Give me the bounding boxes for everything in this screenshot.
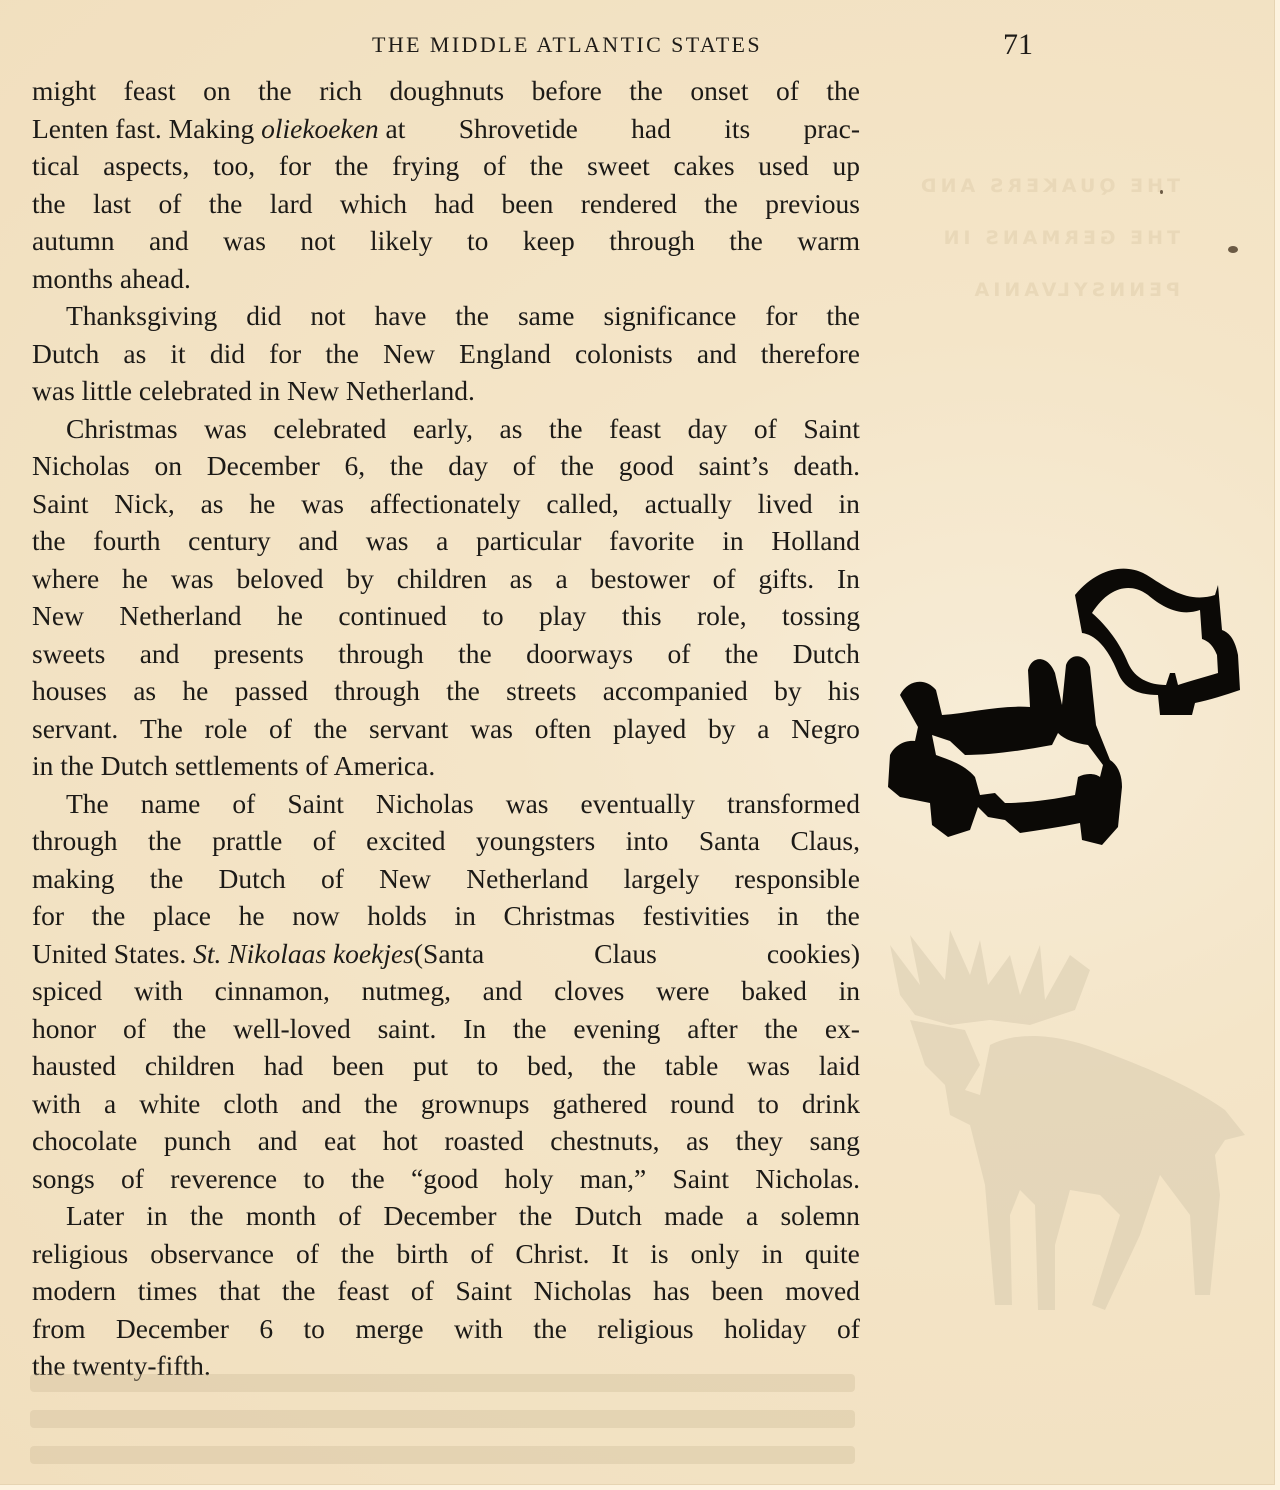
word: been	[711, 1272, 763, 1310]
word: religious	[597, 1310, 693, 1348]
word: the	[826, 897, 860, 935]
word: and	[697, 335, 737, 373]
word: feast	[124, 72, 176, 110]
word: servant.	[32, 710, 118, 748]
word: songs	[32, 1160, 95, 1198]
word: death.	[794, 447, 860, 485]
word: transformed	[727, 785, 860, 823]
word: by	[346, 560, 374, 598]
word: honor	[32, 1010, 96, 1048]
word: Saint	[672, 1160, 729, 1198]
word: often	[535, 710, 592, 748]
word: cloves	[554, 972, 624, 1010]
word: drink	[802, 1085, 860, 1123]
word: has	[653, 1272, 690, 1310]
word: Nicholas.	[755, 1160, 860, 1198]
word: a	[436, 522, 448, 560]
word: was	[366, 522, 409, 560]
word: The	[66, 785, 109, 823]
book-page: THE MIDDLE ATLANTIC STATES 71 THE QUAKER…	[0, 0, 1275, 1485]
text-fragment: United States.	[32, 935, 186, 973]
word: the	[364, 1085, 398, 1123]
word: now	[292, 897, 339, 935]
word: in	[839, 972, 860, 1010]
word: moved	[785, 1272, 860, 1310]
word: he	[277, 597, 303, 635]
word: he	[249, 485, 275, 523]
word: continued	[338, 597, 446, 635]
word: for	[32, 897, 64, 935]
word: excited	[366, 822, 445, 860]
word: put	[413, 1047, 448, 1085]
word: he	[122, 560, 148, 598]
word: by	[708, 710, 736, 748]
word: before	[532, 72, 602, 110]
word: have	[374, 297, 426, 335]
word: early,	[413, 410, 473, 448]
text-line: withawhiteclothandthegrownupsgatheredrou…	[32, 1085, 860, 1123]
word: tossing	[782, 597, 860, 635]
word: times	[138, 1272, 198, 1310]
word: of	[123, 1010, 146, 1048]
word: eventually	[581, 785, 696, 823]
word: to	[303, 1160, 324, 1198]
word: New	[32, 597, 84, 635]
text-line: housesashepassedthroughthestreetsaccompa…	[32, 672, 860, 710]
word: been	[501, 185, 553, 223]
word: the	[190, 1197, 224, 1235]
word: chestnuts,	[550, 1122, 659, 1160]
word: therefore	[761, 335, 860, 373]
word: roasted	[444, 1122, 523, 1160]
paragraph-start-line: Thanksgivingdidnothavethesamesignificanc…	[32, 297, 860, 335]
word: Nicholas	[32, 447, 130, 485]
word: Thanksgiving	[66, 297, 217, 335]
scan-speck	[1160, 190, 1163, 194]
text-line: thelastofthelardwhichhadbeenrenderedthep…	[32, 185, 860, 223]
word: to	[467, 222, 488, 260]
word: keep	[523, 222, 575, 260]
text-line: was little celebrated in New Netherland.	[32, 372, 860, 410]
word: of	[321, 860, 344, 898]
word: Nicholas	[534, 1272, 632, 1310]
word: of	[296, 1235, 319, 1273]
word: good	[619, 447, 674, 485]
word: was	[223, 222, 266, 260]
word: the	[602, 1047, 636, 1085]
text-line: ticalaspects,too,forthefryingofthesweetc…	[32, 147, 860, 185]
word: rendered	[581, 185, 677, 223]
word: 6,	[345, 447, 366, 485]
paragraph-start-line: Christmaswascelebratedearly,asthefeastda…	[32, 410, 860, 448]
word: eat	[324, 1122, 356, 1160]
word: It	[611, 1235, 628, 1273]
word: role,	[697, 597, 747, 635]
word: was	[171, 560, 214, 598]
word: cakes	[673, 147, 734, 185]
text-line: makingtheDutchofNewNetherlandlargelyresp…	[32, 860, 860, 898]
word: for	[269, 335, 301, 373]
word: did	[210, 335, 245, 373]
word: play	[539, 597, 586, 635]
word: which	[340, 185, 407, 223]
word: festivities	[643, 897, 750, 935]
word: the	[549, 410, 583, 448]
text-line: songsofreverencetothe“goodholyman,”Saint…	[32, 1160, 860, 1198]
word: children	[397, 560, 487, 598]
word: holds	[367, 897, 427, 935]
word: the	[764, 1010, 798, 1048]
word: children	[145, 1047, 235, 1085]
paragraph-start-line: LaterinthemonthofDecembertheDutchmadeaso…	[32, 1197, 860, 1235]
word: a	[757, 710, 769, 748]
word: by	[774, 672, 802, 710]
word: of	[159, 185, 182, 223]
word: Nick,	[114, 485, 174, 523]
word: the	[530, 147, 564, 185]
text-line: fromDecember6tomergewiththereligiousholi…	[32, 1310, 860, 1348]
word: that	[219, 1272, 260, 1310]
word: spiced	[32, 972, 102, 1010]
word: colonists	[575, 335, 673, 373]
word: Dutch	[793, 635, 860, 673]
word: in	[454, 897, 475, 935]
word: saint.	[378, 1010, 437, 1048]
word: cloth	[223, 1085, 278, 1123]
word: the	[513, 1010, 547, 1048]
text-line: thefourthcenturyandwasaparticularfavorit…	[32, 522, 860, 560]
word: largely	[624, 860, 700, 898]
word: observance	[150, 1235, 274, 1273]
word: to	[304, 1310, 325, 1348]
word: Saint	[455, 1272, 512, 1310]
word: Later	[66, 1197, 124, 1235]
word: gathered	[552, 1085, 647, 1123]
word: affectionately	[370, 485, 521, 523]
word: grownups	[421, 1085, 529, 1123]
word: gifts.	[758, 560, 814, 598]
word: the	[390, 447, 424, 485]
word: and	[258, 1122, 298, 1160]
word: and	[140, 635, 180, 673]
word: particular	[476, 522, 581, 560]
word: into	[626, 822, 669, 860]
word: last	[93, 185, 131, 223]
text-line: SaintNick,ashewasaffectionatelycalled,ac…	[32, 485, 860, 523]
word: “good	[411, 1160, 478, 1198]
word: were	[656, 972, 709, 1010]
text-fragment: Lenten fast. Making	[32, 110, 254, 148]
word: laid	[819, 1047, 860, 1085]
word: solemn	[780, 1197, 859, 1235]
scan-speck	[1228, 246, 1238, 253]
word: on	[203, 72, 231, 110]
show-through-margin-heading: THE QUAKERS AND THE GERMANS IN PENNSYLVA…	[917, 160, 1180, 316]
italic-term-st-nikolaas-koekjes: St. Nikolaas koekjes	[193, 935, 414, 973]
text-line: wherehewasbelovedbychildrenasabestowerof…	[32, 560, 860, 598]
word: significance	[603, 297, 736, 335]
word: punch	[164, 1122, 231, 1160]
word: the	[32, 522, 66, 560]
word: where	[32, 560, 99, 598]
word: was	[301, 485, 344, 523]
word: month	[246, 1197, 316, 1235]
word: was	[747, 1047, 790, 1085]
word: baked	[741, 972, 807, 1010]
word: of	[713, 560, 736, 598]
word: frying	[392, 147, 459, 185]
word: Dutch	[575, 1197, 642, 1235]
word: place	[153, 897, 211, 935]
word: sweets	[32, 635, 105, 673]
text-line: months ahead.	[32, 260, 860, 298]
word: sang	[810, 1122, 860, 1160]
word: called,	[546, 485, 619, 523]
word: been	[332, 1047, 384, 1085]
word: he	[182, 672, 208, 710]
word: Dutch	[219, 860, 286, 898]
word: same	[518, 297, 575, 335]
word: houses	[32, 672, 107, 710]
word: the	[458, 635, 492, 673]
text-line: NicholasonDecember6,thedayofthegoodsaint…	[32, 447, 860, 485]
word: in	[777, 897, 798, 935]
word: in	[839, 485, 860, 523]
word: in	[146, 1197, 167, 1235]
word: in	[722, 522, 743, 560]
word: actually	[645, 485, 732, 523]
word: used	[758, 147, 808, 185]
word: a	[746, 1197, 758, 1235]
word: and	[483, 972, 523, 1010]
word: century	[188, 522, 270, 560]
word: the	[150, 860, 184, 898]
word: New	[379, 860, 431, 898]
word: of	[121, 1160, 144, 1198]
word: making	[32, 860, 115, 898]
word: and	[298, 522, 338, 560]
text-line: mightfeastontherichdoughnutsbeforetheons…	[32, 72, 860, 110]
word: of	[338, 1197, 361, 1235]
word: the	[32, 185, 66, 223]
show-through-line: THE GERMANS IN	[917, 212, 1180, 264]
text-line: haustedchildrenhadbeenputtobed,thetablew…	[32, 1047, 860, 1085]
word: Holland	[771, 522, 860, 560]
word: Christmas	[504, 897, 616, 935]
word: too,	[213, 147, 255, 185]
word: day	[448, 447, 488, 485]
word: as	[510, 560, 533, 598]
text-line: spicedwithcinnamon,nutmeg,andcloveswereb…	[32, 972, 860, 1010]
word: to	[482, 597, 503, 635]
word: with	[454, 1310, 503, 1348]
word: the	[729, 222, 763, 260]
word: hausted	[32, 1047, 116, 1085]
word: the	[282, 1272, 316, 1310]
word: through	[334, 672, 420, 710]
word: is	[650, 1235, 668, 1273]
word: a	[104, 1085, 116, 1123]
word: celebrated	[273, 410, 386, 448]
word: favorite	[609, 522, 695, 560]
word: of	[269, 710, 292, 748]
word: doughnuts	[389, 72, 504, 110]
word: of	[667, 635, 690, 673]
text-line: moderntimesthatthefeastofSaintNicholasha…	[32, 1272, 860, 1310]
word: made	[664, 1197, 724, 1235]
word: and	[301, 1085, 341, 1123]
word: feast	[609, 410, 661, 448]
text-line: religiousobservanceofthebirthofChrist.It…	[32, 1235, 860, 1273]
word: with	[134, 972, 183, 1010]
word: of	[754, 410, 777, 448]
word: as	[201, 485, 224, 523]
word: to	[477, 1047, 498, 1085]
word: Netherland	[119, 597, 241, 635]
word: presents	[214, 635, 304, 673]
word: the	[455, 297, 489, 335]
word: only	[691, 1235, 740, 1273]
word: December	[116, 1310, 229, 1348]
word: of	[411, 1272, 434, 1310]
word: the	[341, 1235, 375, 1273]
bird-cutter-icon	[1075, 569, 1240, 715]
word: likely	[370, 222, 433, 260]
word: was	[506, 785, 549, 823]
word: birth	[396, 1235, 448, 1273]
word: holiday	[724, 1310, 807, 1348]
word: the	[335, 147, 369, 185]
word: Negro	[791, 710, 860, 748]
word: the	[258, 72, 292, 110]
word: rich	[319, 72, 362, 110]
word: tical	[32, 147, 79, 185]
word: cinnamon,	[215, 972, 330, 1010]
word: as	[133, 672, 156, 710]
rabbit-cutter-icon	[888, 656, 1122, 845]
word: of	[232, 785, 255, 823]
show-through-moose-figure	[870, 915, 1260, 1325]
word: through	[609, 222, 695, 260]
word: ex-	[825, 1010, 860, 1048]
word: New	[383, 335, 435, 373]
word: the	[325, 335, 359, 373]
word: had	[264, 1047, 304, 1085]
word: doorways	[526, 635, 633, 673]
word: the	[446, 672, 480, 710]
word: of	[837, 1310, 860, 1348]
word: of	[513, 447, 536, 485]
word: for	[765, 297, 797, 335]
cookie-cutters-illustration	[870, 555, 1245, 875]
word: this	[622, 597, 662, 635]
word: passed	[235, 672, 308, 710]
word: in	[762, 1235, 783, 1273]
word: onset	[690, 72, 748, 110]
word: the	[351, 1160, 385, 1198]
word: bestower	[591, 560, 690, 598]
word: warm	[797, 222, 860, 260]
word: of	[470, 1235, 493, 1273]
word: the	[173, 1010, 207, 1048]
word: not	[300, 222, 335, 260]
word: evening	[573, 1010, 660, 1048]
word: had	[434, 185, 474, 223]
word: holy	[505, 1160, 554, 1198]
word: to	[757, 1085, 778, 1123]
word: a	[555, 560, 567, 598]
word: the	[209, 185, 243, 223]
show-through-line: PENNSYLVANIA	[917, 264, 1180, 316]
word: In	[837, 560, 860, 598]
word: as	[500, 410, 523, 448]
word: England	[459, 335, 551, 373]
word: youngsters	[476, 822, 595, 860]
paragraph-start-line: ThenameofSaintNicholaswaseventuallytrans…	[32, 785, 860, 823]
text-line: Lenten fast. Making oliekoeken at Shrove…	[32, 110, 860, 148]
word: Netherland	[466, 860, 588, 898]
text-line: DutchasitdidfortheNewEnglandcolonistsand…	[32, 335, 860, 373]
show-through-text	[30, 1368, 860, 1478]
word: with	[32, 1085, 81, 1123]
word: Santa	[699, 822, 760, 860]
word: the	[704, 185, 738, 223]
text-line: fortheplacehenowholdsinChristmasfestivit…	[32, 897, 860, 935]
word: bed,	[527, 1047, 574, 1085]
word: did	[246, 297, 281, 335]
word: round	[670, 1085, 734, 1123]
word: fourth	[93, 522, 160, 560]
word: hot	[383, 1122, 418, 1160]
word: of	[776, 72, 799, 110]
running-head: THE MIDDLE ATLANTIC STATES	[372, 32, 762, 58]
word: and	[149, 222, 189, 260]
word: the	[519, 1197, 553, 1235]
word: merge	[355, 1310, 423, 1348]
word: reverence	[170, 1160, 277, 1198]
word: December	[207, 447, 320, 485]
word: beloved	[236, 560, 323, 598]
word: they	[736, 1122, 783, 1160]
word: of	[483, 147, 506, 185]
word: the	[826, 297, 860, 335]
word: lived	[758, 485, 813, 523]
word: as	[123, 335, 146, 373]
text-line: throughtheprattleofexcitedyoungstersinto…	[32, 822, 860, 860]
word: as	[686, 1122, 709, 1160]
word: aspects,	[103, 147, 189, 185]
word: was	[470, 710, 513, 748]
word: man,”	[580, 1160, 646, 1198]
word: December	[384, 1197, 497, 1235]
text-line: sweetsandpresentsthroughthedoorwaysofthe…	[32, 635, 860, 673]
word: Christ.	[515, 1235, 589, 1273]
word: on	[155, 447, 183, 485]
word: the	[826, 72, 860, 110]
word: the	[148, 822, 182, 860]
word: prattle	[212, 822, 282, 860]
word: was	[204, 410, 247, 448]
word: Christmas	[66, 410, 178, 448]
word: autumn	[32, 222, 115, 260]
word: role	[205, 710, 248, 748]
text-fragment: at Shrovetide had its prac-	[386, 110, 860, 148]
word: for	[279, 147, 311, 185]
word: table	[665, 1047, 718, 1085]
text-line: servant.Theroleoftheservantwasoftenplaye…	[32, 710, 860, 748]
word: 6	[259, 1310, 273, 1348]
text-line: honorofthewell-lovedsaint.Intheeveningaf…	[32, 1010, 860, 1048]
